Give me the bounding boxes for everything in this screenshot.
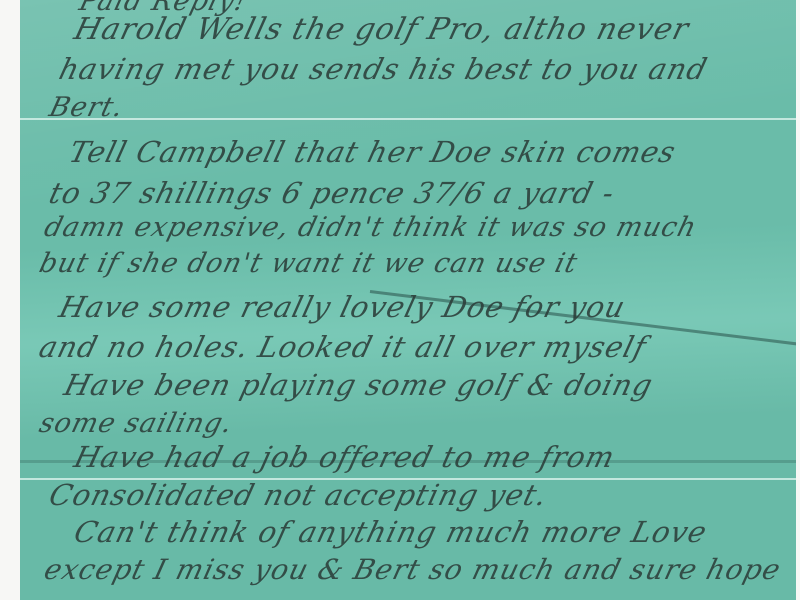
letter-line-12: some sailing. xyxy=(36,408,236,439)
letter-line-4: Bert. xyxy=(46,92,127,123)
letter-line-6: to 37 shillings 6 pence 37/6 a yard - xyxy=(46,176,619,210)
letter-line-13: Have had a job offered to me from xyxy=(71,440,619,474)
letter-line-7: damn expensive, didn't think it was so m… xyxy=(41,212,700,243)
letter-line-11: Have been playing some golf & doing xyxy=(61,368,657,402)
letter-line-15: Can't think of anything much more Love xyxy=(71,515,711,549)
letter-line-9: Have some really lovely Doe for you xyxy=(56,290,630,324)
letter-line-2: Harold Wells the golf Pro, altho never xyxy=(71,12,693,47)
letter-line-10: and no holes. Looked it all over myself xyxy=(36,330,650,364)
letter-line-16: except I miss you & Bert so much and sur… xyxy=(41,553,785,586)
letter-line-5: Tell Campbell that her Doe skin comes xyxy=(66,135,680,169)
letter-line-3: having met you sends his best to you and xyxy=(56,52,711,86)
letter-page: Paid Reply! Harold Wells the golf Pro, a… xyxy=(20,0,796,600)
letter-line-14: Consolidated not accepting yet. xyxy=(46,478,551,512)
fold-line-top xyxy=(20,118,796,120)
letter-line-8: but if she don't want it we can use it xyxy=(36,248,581,279)
